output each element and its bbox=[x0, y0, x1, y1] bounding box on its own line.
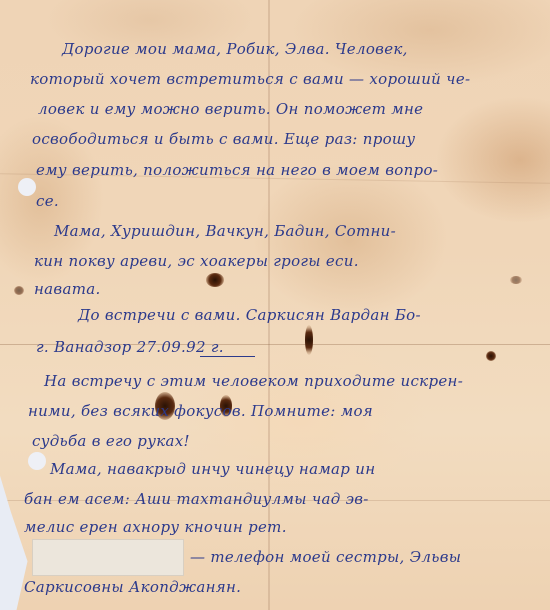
letter-line: Саркисовны Акопджанян. bbox=[24, 578, 241, 596]
punch-hole bbox=[18, 178, 36, 196]
letter-line: бан ем асем: Аши тахтандиулмы чад эв- bbox=[24, 490, 369, 508]
letter-line: ему верить, положиться на него в моем во… bbox=[36, 161, 438, 179]
letter-signature-date: г. Ванадзор 27.09.92 г. bbox=[36, 338, 224, 356]
letter-line: ловек и ему можно верить. Он поможет мне bbox=[38, 100, 423, 118]
letter-line: се. bbox=[36, 192, 59, 210]
letter-line: Мама, Хуришдин, Вачкун, Бадин, Сотни- bbox=[54, 222, 396, 240]
letter-line: мелис ерен ахнору кночин рет. bbox=[24, 518, 287, 536]
burn-mark bbox=[486, 351, 496, 361]
signature-underline bbox=[200, 356, 255, 357]
letter-line: кин покву ареви, эс хоакеры грогы еси. bbox=[34, 252, 359, 270]
letter-line: Мама, навакрыд инчу чинецу намар ин bbox=[50, 460, 375, 478]
letter-paper: Дорогие мои мама, Робик, Элва. Человек, … bbox=[0, 0, 550, 610]
stain-mark bbox=[510, 276, 522, 284]
burn-mark bbox=[305, 325, 313, 355]
letter-line: освободиться и быть с вами. Еще раз: про… bbox=[32, 130, 415, 148]
redacted-phone-block bbox=[32, 539, 184, 576]
letter-line: Дорогие мои мама, Робик, Элва. Человек, bbox=[62, 40, 408, 58]
burn-mark bbox=[206, 273, 224, 287]
punch-hole bbox=[28, 452, 46, 470]
letter-line: ними, без всяких фокусов. Помните: моя bbox=[28, 402, 373, 420]
letter-line: — телефон моей сестры, Эльвы bbox=[190, 548, 461, 566]
letter-line: который хочет встретиться с вами — хорош… bbox=[30, 70, 470, 88]
letter-line: судьба в его руках! bbox=[32, 432, 190, 450]
letter-line: На встречу с этим человеком приходите ис… bbox=[44, 372, 463, 390]
stain-mark bbox=[14, 286, 24, 295]
letter-line: До встречи с вами. Саркисян Вардан Бо- bbox=[78, 306, 421, 324]
letter-line: навата. bbox=[34, 280, 101, 298]
